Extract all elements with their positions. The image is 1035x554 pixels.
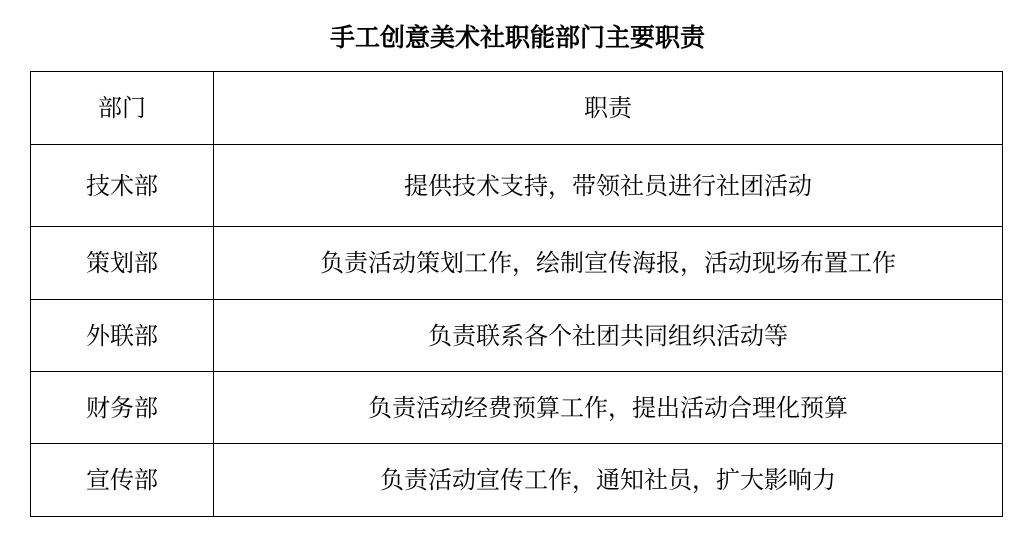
table-row: 技术部 提供技术支持，带领社员进行社团活动	[31, 145, 1003, 227]
duty-cell: 负责活动宣传工作，通知社员，扩大影响力	[214, 444, 1003, 517]
table-row: 外联部 负责联系各个社团共同组织活动等	[31, 300, 1003, 372]
duty-text: 负责活动策划工作，绘制宣传海报，活动现场布置工作	[320, 248, 896, 278]
header-duty: 职责	[214, 72, 1003, 145]
duty-text: 提供技术支持，带领社员进行社团活动	[404, 171, 812, 201]
duty-cell: 负责活动策划工作，绘制宣传海报，活动现场布置工作	[214, 227, 1003, 300]
duty-cell: 负责活动经费预算工作，提出活动合理化预算	[214, 372, 1003, 444]
department-name: 财务部	[86, 393, 158, 423]
table-header-row: 部门 职责	[31, 72, 1003, 145]
document-title: 手工创意美术社职能部门主要职责	[0, 18, 1035, 58]
duty-text: 负责联系各个社团共同组织活动等	[428, 321, 788, 351]
duty-text: 负责活动经费预算工作，提出活动合理化预算	[368, 393, 848, 423]
duty-cell: 提供技术支持，带领社员进行社团活动	[214, 145, 1003, 227]
table-row: 策划部 负责活动策划工作，绘制宣传海报，活动现场布置工作	[31, 227, 1003, 300]
table-row: 财务部 负责活动经费预算工作，提出活动合理化预算	[31, 372, 1003, 444]
department-name: 外联部	[86, 321, 158, 351]
department-cell: 技术部	[31, 145, 214, 227]
department-name: 技术部	[86, 171, 158, 201]
department-cell: 外联部	[31, 300, 214, 372]
header-department: 部门	[31, 72, 214, 145]
department-name: 策划部	[86, 248, 158, 278]
duty-cell: 负责联系各个社团共同组织活动等	[214, 300, 1003, 372]
table-row: 宣传部 负责活动宣传工作，通知社员，扩大影响力	[31, 444, 1003, 517]
header-duty-label: 职责	[584, 93, 632, 123]
department-name: 宣传部	[86, 465, 158, 495]
department-duties-table: 部门 职责 技术部 提供技术支持，带领社员进行社团活动 策划部 负责活动策划工作…	[30, 71, 1003, 517]
department-cell: 财务部	[31, 372, 214, 444]
department-cell: 策划部	[31, 227, 214, 300]
duty-text: 负责活动宣传工作，通知社员，扩大影响力	[380, 465, 836, 495]
department-cell: 宣传部	[31, 444, 214, 517]
header-department-label: 部门	[98, 93, 146, 123]
